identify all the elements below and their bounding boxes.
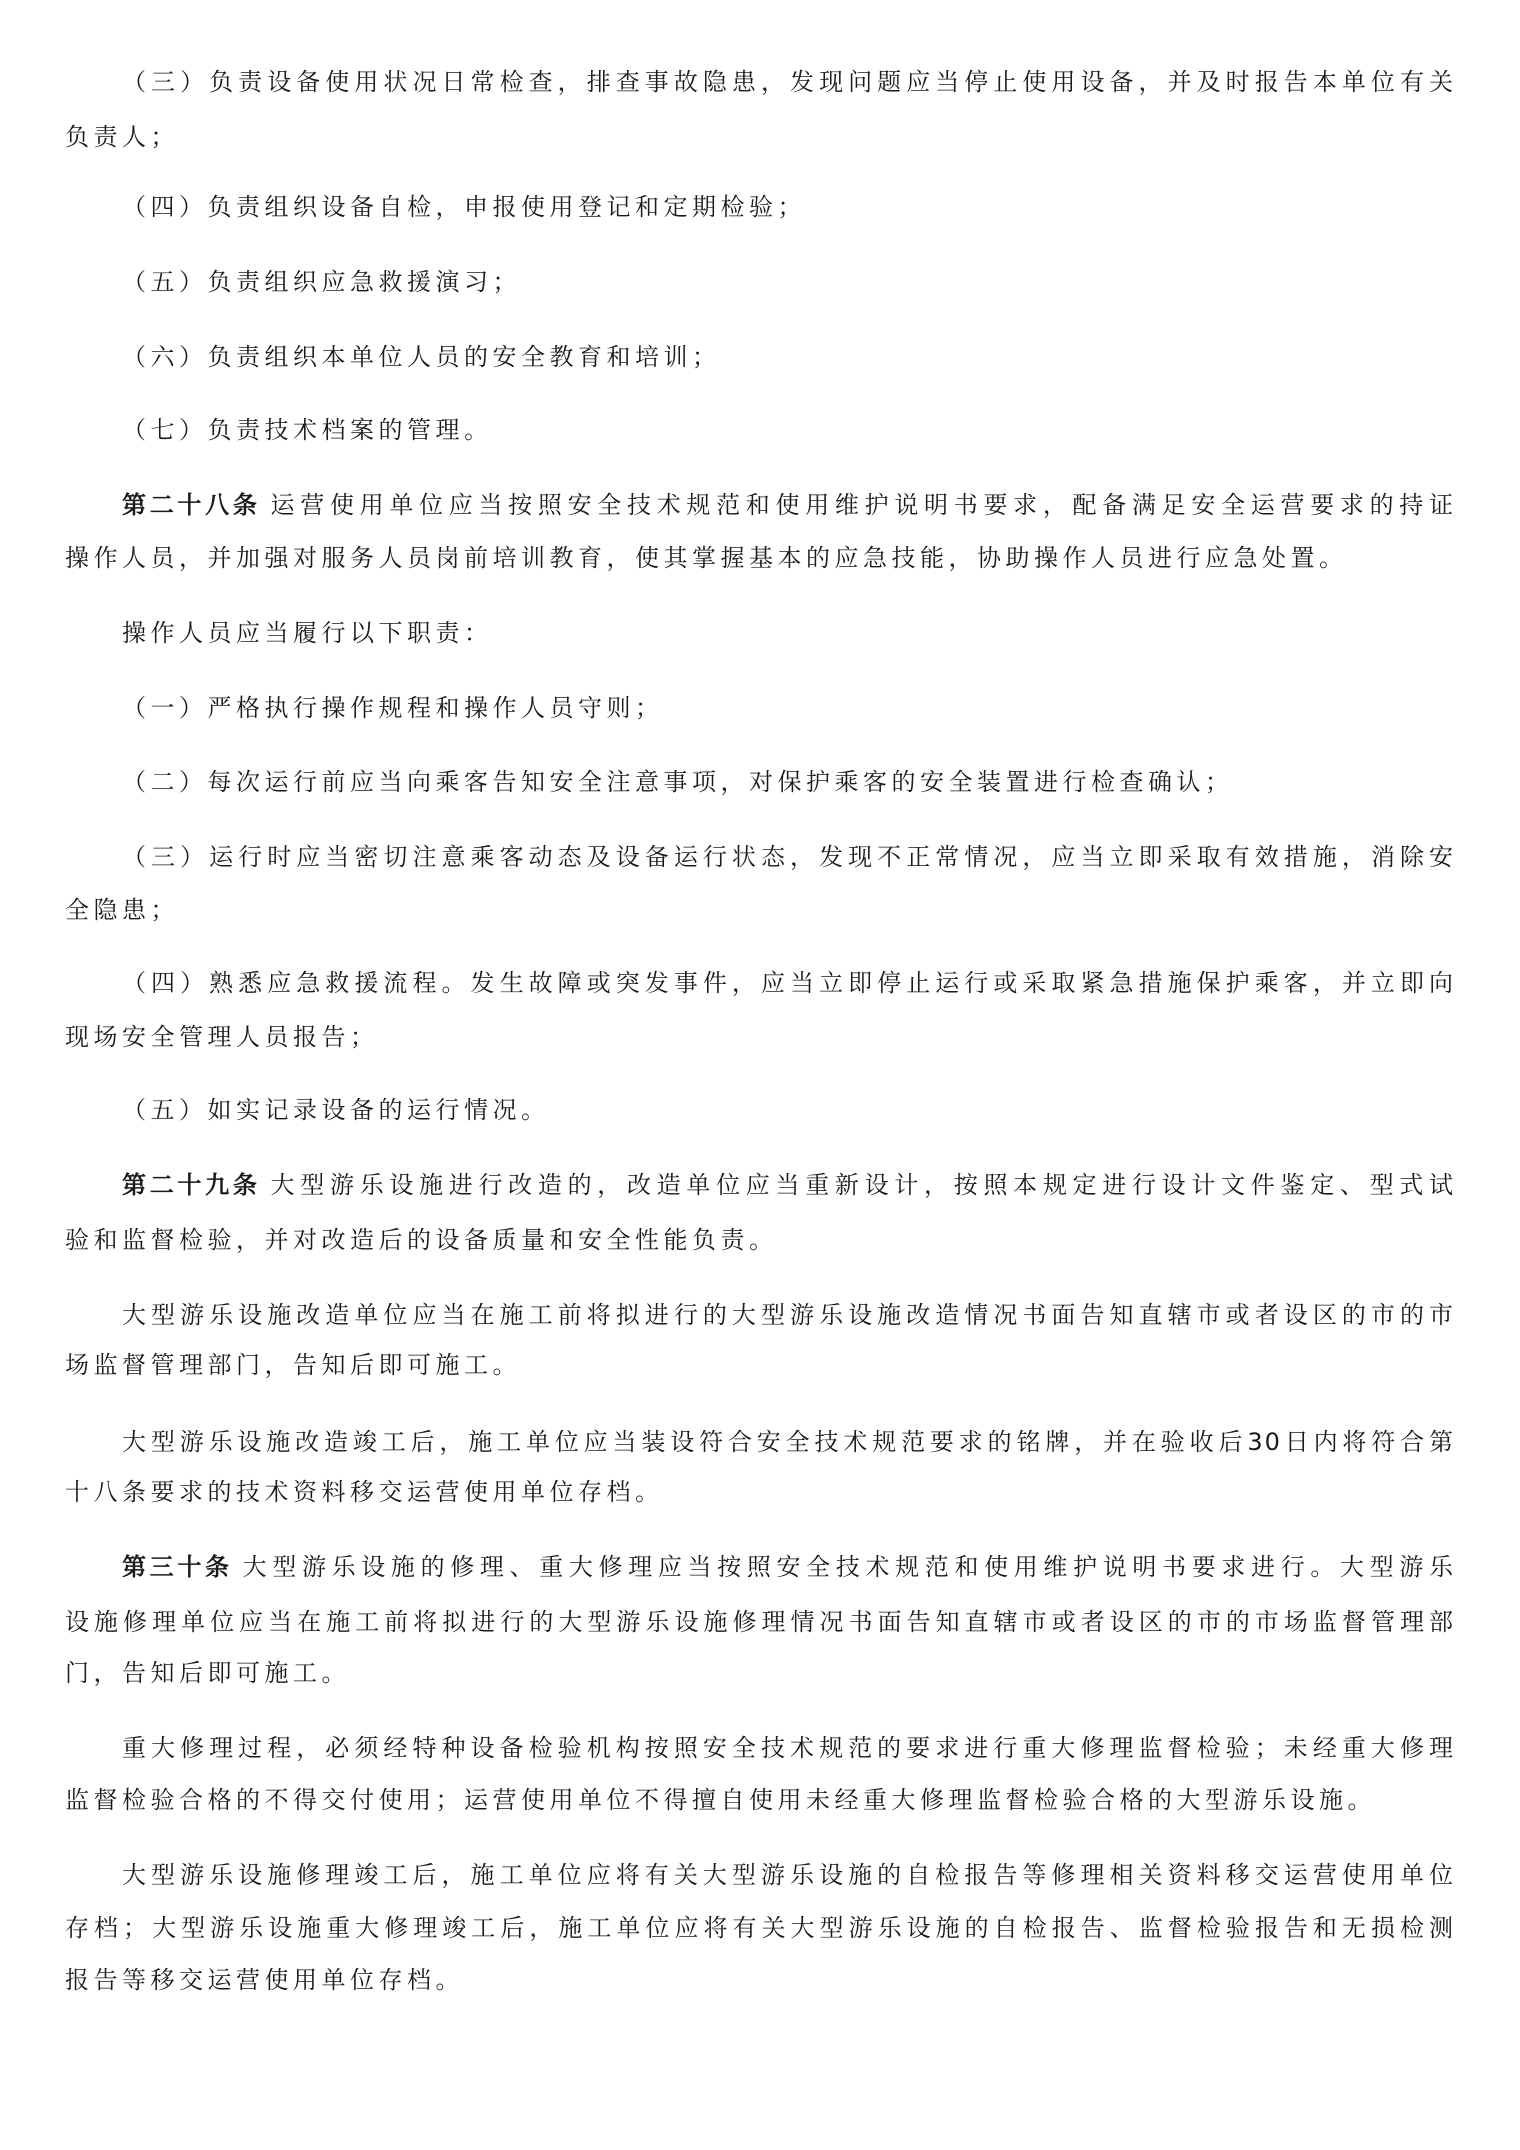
paragraph-line: 监督检验合格的不得交付使用；运营使用单位不得擅自使用未经重大修理监督检验合格的大… xyxy=(65,1784,1455,1816)
paragraph-line: 现场安全管理人员报告； xyxy=(65,1021,1455,1053)
paragraph-line: 门，告知后即可施工。 xyxy=(65,1657,1455,1689)
paragraph-line: （三）运行时应当密切注意乘客动态及设备运行状态，发现不正常情况，应当立即采取有效… xyxy=(122,841,1455,873)
paragraph-line: 第二十九条大型游乐设施进行改造的，改造单位应当重新设计，按照本规定进行设计文件鉴… xyxy=(122,1169,1455,1201)
paragraph-line: 大型游乐设施改造单位应当在施工前将拟进行的大型游乐设施改造情况书面告知直辖市或者… xyxy=(122,1299,1455,1331)
paragraph-line: （四）负责组织设备自检，申报使用登记和定期检验； xyxy=(122,191,1455,223)
paragraph-text: 大型游乐设施的修理、重大修理应当按照安全技术规范和使用维护说明书要求进行。大型游… xyxy=(243,1553,1455,1581)
paragraph-line: 存档；大型游乐设施重大修理竣工后，施工单位应将有关大型游乐设施的自检报告、监督检… xyxy=(65,1912,1455,1944)
paragraph-line: 验和监督检验，并对改造后的设备质量和安全性能负责。 xyxy=(65,1224,1455,1256)
paragraph-line: 报告等移交运营使用单位存档。 xyxy=(65,1964,1455,1996)
paragraph-line: 操作人员应当履行以下职责： xyxy=(122,617,1455,649)
paragraph-line: 大型游乐设施修理竣工后，施工单位应将有关大型游乐设施的自检报告等修理相关资料移交… xyxy=(122,1859,1455,1891)
article-heading: 第二十八条 xyxy=(122,491,261,519)
article-heading: 第三十条 xyxy=(122,1553,233,1581)
paragraph-line: 全隐患； xyxy=(65,894,1455,926)
paragraph-line: 负责人； xyxy=(65,121,1455,153)
paragraph-line: （五）如实记录设备的运行情况。 xyxy=(122,1094,1455,1126)
paragraph-text: 大型游乐设施进行改造的，改造单位应当重新设计，按照本规定进行设计文件鉴定、型式试 xyxy=(271,1171,1455,1199)
paragraph-line: （二）每次运行前应当向乘客告知安全注意事项，对保护乘客的安全装置进行检查确认； xyxy=(122,766,1455,798)
paragraph-line: （六）负责组织本单位人员的安全教育和培训； xyxy=(122,341,1455,373)
paragraph-line: （一）严格执行操作规程和操作人员守则； xyxy=(122,692,1455,724)
article-heading: 第二十九条 xyxy=(122,1171,261,1199)
paragraph-line: （四）熟悉应急救援流程。发生故障或突发事件，应当立即停止运行或采取紧急措施保护乘… xyxy=(122,967,1455,999)
paragraph-line: 十八条要求的技术资料移交运营使用单位存档。 xyxy=(65,1476,1455,1508)
paragraph-line: 设施修理单位应当在施工前将拟进行的大型游乐设施修理情况书面告知直辖市或者设区的市… xyxy=(65,1606,1455,1638)
paragraph-text: 运营使用单位应当按照安全技术规范和使用维护说明书要求，配备满足安全运营要求的持证 xyxy=(271,491,1455,519)
paragraph-line: （五）负责组织应急救援演习； xyxy=(122,266,1455,298)
paragraph-line: 重大修理过程，必须经特种设备检验机构按照安全技术规范的要求进行重大修理监督检验；… xyxy=(122,1732,1455,1764)
paragraph-line: 大型游乐设施改造竣工后，施工单位应当装设符合安全技术规范要求的铭牌，并在验收后3… xyxy=(122,1426,1455,1458)
paragraph-line: 操作人员，并加强对服务人员岗前培训教育，使其掌握基本的应急技能，协助操作人员进行… xyxy=(65,542,1455,574)
paragraph-line: （七）负责技术档案的管理。 xyxy=(122,414,1455,446)
paragraph-line: 第三十条大型游乐设施的修理、重大修理应当按照安全技术规范和使用维护说明书要求进行… xyxy=(122,1551,1455,1583)
paragraph-line: （三）负责设备使用状况日常检查，排查事故隐患，发现问题应当停止使用设备，并及时报… xyxy=(122,66,1455,98)
paragraph-line: 场监督管理部门，告知后即可施工。 xyxy=(65,1349,1455,1381)
document-page: （三）负责设备使用状况日常检查，排查事故隐患，发现问题应当停止使用设备，并及时报… xyxy=(0,0,1520,2150)
paragraph-line: 第二十八条运营使用单位应当按照安全技术规范和使用维护说明书要求，配备满足安全运营… xyxy=(122,489,1455,521)
